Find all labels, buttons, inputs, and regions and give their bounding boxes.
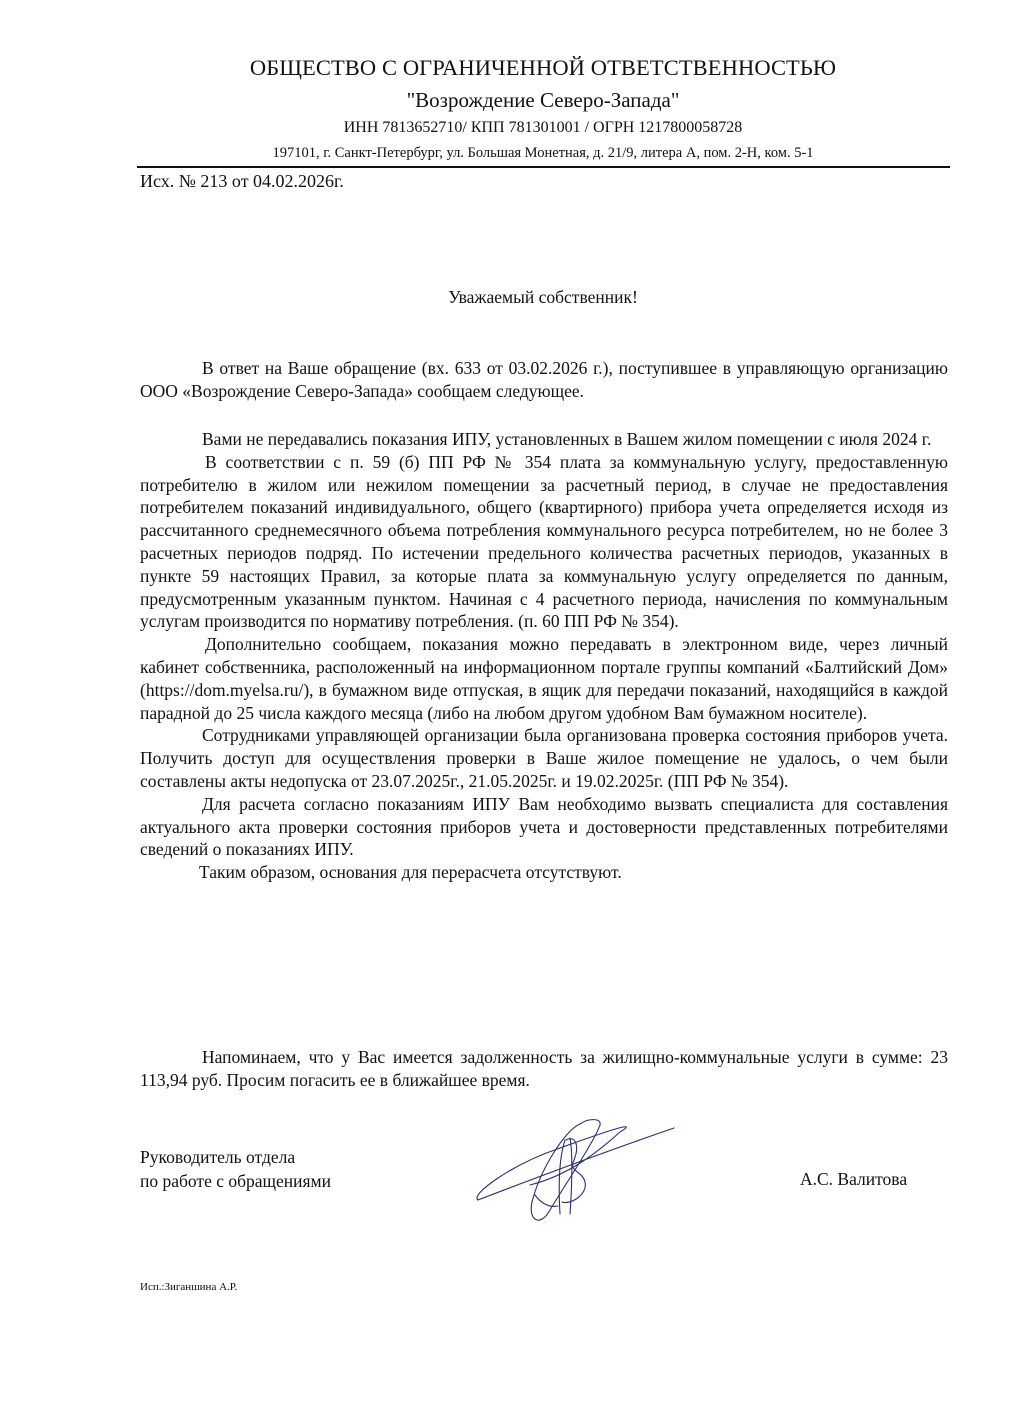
greeting: Уважаемый собственник!	[0, 287, 1026, 308]
paragraph-conclusion: Таким образом, основания для перерасчета…	[140, 861, 948, 884]
paragraph-call-specialist: Для расчета согласно показаниям ИПУ Вам …	[140, 793, 948, 861]
letterhead-registration: ИНН 7813652710/ КПП 781301001 / ОГРН 121…	[0, 119, 1026, 137]
position-line-2: по работе с обращениями	[140, 1169, 331, 1193]
outgoing-number: Исх. № 213 от 04.02.2026г.	[140, 171, 344, 192]
paragraph-inspection: Сотрудниками управляющей организации был…	[140, 724, 948, 792]
paragraph-debt: Напоминаем, что у Вас имеется задолженно…	[140, 1046, 948, 1092]
position-line-1: Руководитель отдела	[140, 1145, 331, 1169]
letterhead-org-name: "Возрождение Северо-Запада"	[0, 88, 1026, 113]
letterhead-address: 197101, г. Санкт-Петербург, ул. Большая …	[0, 145, 1026, 162]
signer-name: А.С. Валитова	[800, 1169, 907, 1190]
main-section: Вами не передавались показания ИПУ, уста…	[140, 428, 948, 884]
handwritten-signature-icon	[470, 1110, 690, 1240]
letterhead-divider	[137, 166, 950, 168]
signer-position: Руководитель отдела по работе с обращени…	[140, 1145, 331, 1193]
paragraph-no-readings: Вами не передавались показания ИПУ, уста…	[140, 428, 948, 451]
paragraph-submission-methods: Дополнительно сообщаем, показания можно …	[140, 633, 948, 724]
debt-section: Напоминаем, что у Вас имеется задолженно…	[140, 1046, 948, 1092]
letter-page: ОБЩЕСТВО С ОГРАНИЧЕННОЙ ОТВЕТСТВЕННОСТЬЮ…	[0, 0, 1026, 1426]
executor-note: Исп.:Зиганшина А.Р.	[140, 1281, 237, 1293]
paragraph-legal-basis: В соответствии с п. 59 (б) ПП РФ № 354 п…	[140, 451, 948, 633]
letterhead-org-type: ОБЩЕСТВО С ОГРАНИЧЕННОЙ ОТВЕТСТВЕННОСТЬЮ	[0, 55, 1026, 81]
intro-section: В ответ на Ваше обращение (вх. 633 от 03…	[140, 357, 948, 403]
paragraph-intro: В ответ на Ваше обращение (вх. 633 от 03…	[140, 357, 948, 403]
